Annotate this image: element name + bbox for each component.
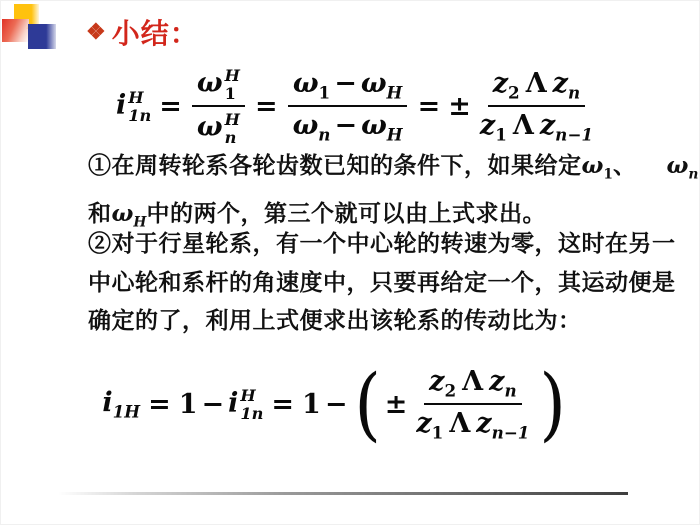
fraction-denominator: ωHn [192,107,245,146]
fraction-numerator: ω1−ωH [288,68,408,107]
math-equals: = [418,91,441,122]
left-paren: ( [355,370,382,438]
math-sub: H [387,82,403,102]
math-var: z [493,68,508,99]
math-i-sub: i1H [102,387,140,421]
math-var: ω [361,110,387,141]
math-var: ω [293,110,319,141]
math-sub: 1 [495,124,507,144]
title-text: 小结： [112,12,199,52]
math-minus: − [334,68,357,99]
fraction-denominator: z1Λzn−1 [475,107,598,144]
math-one: 1 [179,389,198,420]
math-var: i [102,387,112,418]
math-supsub-stack: H1n [240,387,263,423]
fraction-tooth-numbers: z2Λzn z1Λzn−1 [475,68,598,145]
math-sub: 1H [113,401,140,421]
math-minus: − [201,389,224,420]
math-var: z [429,366,444,397]
math-sub: 2 [508,82,520,102]
math-sub: n [688,167,698,183]
math-sub: n [504,380,516,400]
math-var: ω [197,112,223,143]
math-sub: 2 [444,380,456,400]
omega-n: ωn [667,152,699,179]
math-sub: 1 [603,167,613,183]
math-equals: = [148,389,171,420]
fraction-tooth-numbers: z2Λzn z1Λzn−1 [411,366,534,443]
math-sub: 1 [432,422,444,442]
math-lambda: Λ [513,110,534,141]
fraction-numerator: z2Λzn [424,366,521,405]
math-var: z [540,110,555,141]
math-sub: n−1 [492,422,530,442]
math-var: ω [293,68,319,99]
para1-comma: 、 [613,152,637,178]
math-equals: = [255,91,278,122]
math-lambda: Λ [526,68,547,99]
math-sup: H [128,89,143,107]
math-plus-minus: ± [385,389,408,420]
fraction-numerator: ωH1 [192,66,245,107]
para2-line1: ②对于行星轮系，有一个中心轮的转速为零，这时在另一 [88,230,676,256]
math-equals: = [271,389,294,420]
math-var: z [553,68,568,99]
fraction-omega-difference: ω1−ωH ωn−ωH [288,68,408,145]
logo-red-square [2,19,29,42]
math-sub: n−1 [555,124,593,144]
math-sub: 1 [225,85,236,103]
para2-line2: 中心轮和系杆的角速度中，只要再给定一个，其运动便是 [88,269,676,295]
math-supsub-stack: Hn [225,111,240,147]
para1-line2-start: 和 [88,200,112,226]
math-var: ω [582,152,604,179]
math-minus: − [325,389,348,420]
math-sub: n [225,129,237,147]
page-title: ❖ 小结： [86,12,199,52]
math-var: i [116,90,126,121]
math-sup: H [240,387,255,405]
math-i-supsub: iH1n [116,88,151,124]
math-plus-minus: ± [448,91,471,122]
math-lambda: Λ [462,366,483,397]
math-equals: = [159,91,182,122]
math-minus: − [334,110,357,141]
math-lambda: Λ [449,408,470,439]
math-sub: 1n [128,107,151,125]
math-sup: H [225,111,240,129]
math-supsub-stack: H1 [225,67,240,103]
fraction-omega-ratio: ωH1 ωHn [192,66,245,147]
slide-logo [0,0,64,58]
math-sub: n [318,124,330,144]
paragraph-2: ②对于行星轮系，有一个中心轮的转速为零，这时在另一 中心轮和系杆的角速度中，只要… [88,224,676,340]
math-var: ω [197,67,223,98]
slide: ❖ 小结： iH1n = ωH1 ωHn = ω1−ωH ωn−ωH = ± z… [0,0,700,525]
fraction-denominator: z1Λzn−1 [411,405,534,442]
math-supsub-stack: H1n [128,89,151,125]
math-one: 1 [302,389,321,420]
math-var: ω [361,68,387,99]
math-var: ω [667,152,689,179]
omega-1: ω1 [582,152,614,179]
math-var: z [480,110,495,141]
formula-planetary-ratio: i1H = 1 − iH1n = 1 − ( ± z2Λzn z1Λzn−1 ) [0,354,686,454]
fraction-numerator: z2Λzn [488,68,585,107]
math-i-supsub: iH1n [228,386,263,422]
right-paren: ) [540,370,567,438]
math-sub: 1n [240,405,263,423]
math-var: z [416,408,431,439]
math-sup: H [225,67,240,85]
bottom-divider [58,492,628,495]
math-var: i [228,388,238,419]
math-var: z [489,366,504,397]
math-sub: 1 [319,82,331,102]
para1-line2-end: 中的两个，第三个就可以由上式求出。 [146,200,546,226]
logo-blue-square [28,24,56,49]
math-var: z [476,408,491,439]
para1-line1-text: ①在周转轮系各轮齿数已知的条件下，如果给定 [88,152,582,178]
diamond-bullet-icon: ❖ [86,19,106,45]
formula-train-ratio: iH1n = ωH1 ωHn = ω1−ωH ωn−ωH = ± z2Λzn z… [8,62,700,150]
fraction-denominator: ωn−ωH [288,107,408,144]
math-sub: n [568,82,580,102]
para2-line3: 确定的了，利用上式便求出该轮系的传动比为： [88,307,582,333]
math-sub: H [387,124,403,144]
